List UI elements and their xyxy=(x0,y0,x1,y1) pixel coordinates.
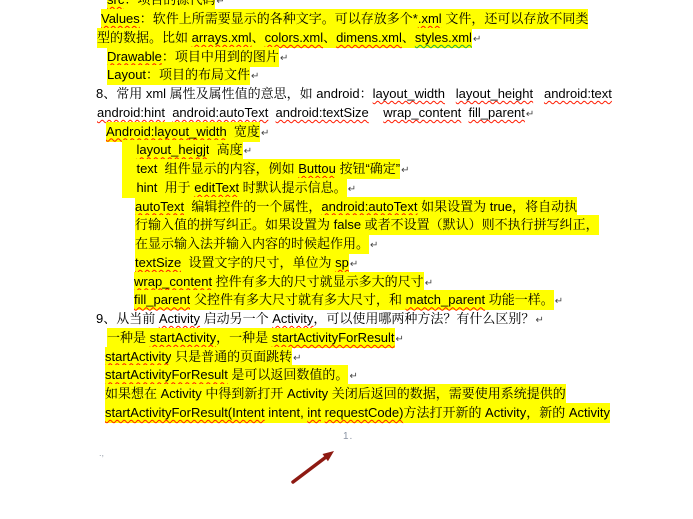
text-line: autoText 编辑控件的一个属性，android:autoText 如果设置… xyxy=(135,197,577,216)
text-segment: 、 xyxy=(323,28,336,48)
text-segment: startActivity xyxy=(150,328,216,348)
text-segment: Values xyxy=(101,9,140,29)
text-segment: 方法打开新的 Activity，新的 Activity xyxy=(403,403,610,423)
text-line: textSize 设置文字的尺寸，单位为 sp↵ xyxy=(135,253,358,272)
text-segment: android:autoText xyxy=(321,197,417,217)
text-segment: 如果想在 Activity 中得到新打开 Activity 关闭后返回的数据，需… xyxy=(105,384,566,404)
paragraph-mark-icon: ↵ xyxy=(526,109,534,120)
text-segment: 、 xyxy=(252,28,265,48)
paragraph-mark-icon: ↵ xyxy=(280,53,288,64)
text-segment: 在显示输入法并输入内容的时候起作用。 xyxy=(135,234,369,254)
text-segment xyxy=(533,86,544,101)
text-segment: startActivity xyxy=(105,347,171,367)
text-segment: 启动另一个 xyxy=(200,311,272,326)
text-segment: text 组件显示的内容，例如 xyxy=(136,159,298,179)
text-segment xyxy=(445,86,456,101)
text-segment xyxy=(122,140,136,160)
text-segment: startActivityForResult xyxy=(272,328,395,348)
text-line: startActivityForResult(Intent intent, in… xyxy=(105,403,610,422)
text-line: src：项目的源代码↵ xyxy=(107,0,225,9)
text-segment: editText xyxy=(194,178,239,198)
text-segment: fill_parent xyxy=(469,105,525,120)
text-segment: 父控件有多大尺寸就有多大尺寸，和 xyxy=(190,290,405,310)
text-segment xyxy=(122,178,136,198)
text-segment: 行输入值的拼写纠正。如果设置为 false 或者不设置（默认）则不执行拼写纠正， xyxy=(135,215,599,235)
text-segment: textSize xyxy=(135,253,181,273)
text-segment: Activity xyxy=(272,311,313,326)
text-segment: Layout：项目的布局文件 xyxy=(107,65,250,85)
text-line: 型的数据。比如 arrays.xml、colors.xml、dimens.xml… xyxy=(97,28,481,47)
text-segment: dimens.xml xyxy=(336,28,402,48)
text-segment: 只是普通的页面跳转 xyxy=(171,347,292,367)
text-segment: colors.xml xyxy=(265,28,324,48)
text-line: startActivityForResult 是可以返回数值的。↵ xyxy=(105,365,358,384)
text-segment: ，一种是 xyxy=(216,328,272,348)
text-segment xyxy=(461,105,468,120)
page-number: 1. xyxy=(343,431,353,442)
paragraph-mark-icon: ↵ xyxy=(261,128,269,139)
text-segment: match_parent xyxy=(406,290,486,310)
text-segment: layout_width xyxy=(373,86,445,101)
text-segment: ：项目中用到的图片 xyxy=(162,47,279,67)
text-segment: Drawable xyxy=(107,47,162,67)
text-segment: android:textSize xyxy=(276,105,369,120)
text-segment: android:hint xyxy=(97,105,165,120)
text-line: wrap_content 控件有多大的尺寸就显示多大的尺寸↵ xyxy=(134,272,433,291)
text-segment: wrap_content xyxy=(383,105,461,120)
text-line: 9、从当前 Activity 启动另一个 Activity，可以使用哪两种方法？… xyxy=(96,309,544,328)
text-segment: android:text xyxy=(544,86,612,101)
text-segment: layout_heigjt xyxy=(136,140,209,160)
text-segment: requestCode) xyxy=(325,403,404,423)
paragraph-mark-icon: ↵ xyxy=(244,146,252,157)
text-segment: android:autoText xyxy=(172,105,268,120)
text-line: Layout：项目的布局文件↵ xyxy=(107,65,259,84)
text-line: fill_parent 父控件有多大尺寸就有多大尺寸，和 match_paren… xyxy=(134,290,563,309)
paragraph-mark-icon: ↵ xyxy=(396,334,404,345)
stray-paragraph-mark: ., xyxy=(99,448,104,458)
text-line: Values：软件上所需要显示的各种文字。可以存放多个*.xml 文件，还可以存… xyxy=(101,9,588,28)
text-line: layout_heigjt 高度↵ xyxy=(122,140,252,159)
text-segment: .xml xyxy=(418,9,442,29)
text-segment: layout_height xyxy=(456,86,533,101)
text-segment: 如果设置为 true，将自动执 xyxy=(418,197,578,217)
text-line: hint 用于 editText 时默认提示信息。↵ xyxy=(122,178,356,197)
text-segment: startActivityForResult(Intent xyxy=(105,403,265,423)
paragraph-mark-icon: ↵ xyxy=(349,371,357,382)
text-segment: 高度 xyxy=(209,140,242,160)
text-segment: 设置文字的尺寸，单位为 xyxy=(181,253,335,273)
text-segment xyxy=(268,105,275,120)
text-segment: hint 用于 xyxy=(136,178,194,198)
paragraph-mark-icon: ↵ xyxy=(293,353,301,364)
text-segment: intent, xyxy=(265,403,308,423)
text-segment: startActivityForResult xyxy=(105,365,228,385)
paragraph-mark-icon: ↵ xyxy=(348,184,356,195)
text-segment: int xyxy=(307,403,321,423)
text-segment: wrap_content xyxy=(134,272,212,292)
text-segment: 功能一样。 xyxy=(485,290,554,310)
text-line: Drawable：项目中用到的图片↵ xyxy=(107,47,288,66)
paragraph-mark-icon: ↵ xyxy=(216,0,224,7)
text-segment: fill_parent xyxy=(134,290,190,310)
text-line: startActivity 只是普通的页面跳转↵ xyxy=(105,347,301,366)
text-line: android:hint android:autoText android:te… xyxy=(97,103,534,122)
text-line: 在显示输入法并输入内容的时候起作用。↵ xyxy=(135,234,378,253)
text-segment xyxy=(122,159,136,179)
paragraph-mark-icon: ↵ xyxy=(555,296,563,307)
text-line: 一种是 startActivity，一种是 startActivityForRe… xyxy=(107,328,404,347)
text-line: 8、常用 xml 属性及属性值的意思，如 android：layout_widt… xyxy=(96,84,612,103)
paragraph-mark-icon: ↵ xyxy=(473,34,481,45)
paragraph-mark-icon: ↵ xyxy=(401,165,409,176)
paragraph-mark-icon: ↵ xyxy=(350,259,358,270)
text-segment: Activity xyxy=(159,311,200,326)
text-segment: ，可以使用哪两种方法？有什么区别？ xyxy=(313,311,534,326)
text-segment: 一种是 xyxy=(107,328,150,348)
text-line: text 组件显示的内容，例如 Buttou 按钮“确定”↵ xyxy=(122,159,410,178)
text-segment: 是可以返回数值的。 xyxy=(228,365,349,385)
text-segment: 宽度 xyxy=(227,122,260,142)
text-segment: Android:layout_width xyxy=(106,122,227,142)
text-line: 行输入值的拼写纠正。如果设置为 false 或者不设置（默认）则不执行拼写纠正， xyxy=(135,215,599,234)
text-segment: 控件有多大的尺寸就显示多大的尺寸 xyxy=(212,272,424,292)
text-segment: 8、常用 xml 属性及属性值的意思，如 android： xyxy=(96,86,373,101)
text-segment: 编辑控件的一个属性， xyxy=(184,197,321,217)
paragraph-mark-icon: ↵ xyxy=(251,71,259,82)
text-segment: 时默认提示信息。 xyxy=(239,178,347,198)
text-segment: autoText xyxy=(135,197,184,217)
text-segment: 按钮“确定” xyxy=(336,159,400,179)
text-segment: Buttou xyxy=(298,159,336,179)
text-line: Android:layout_width 宽度↵ xyxy=(106,122,269,141)
text-segment: 文件，还可以存放不同类 xyxy=(442,9,589,29)
paragraph-mark-icon: ↵ xyxy=(535,315,543,326)
text-segment: ：软件上所需要显示的各种文字。可以存放多个* xyxy=(140,9,418,29)
text-segment: 9、从当前 xyxy=(96,311,159,326)
text-segment: 型的数据。比如 xyxy=(97,28,192,48)
text-segment: sp xyxy=(335,253,349,273)
text-line: 如果想在 Activity 中得到新打开 Activity 关闭后返回的数据，需… xyxy=(105,384,566,403)
paragraph-mark-icon: ↵ xyxy=(425,278,433,289)
text-segment: 、 xyxy=(402,28,415,48)
text-segment xyxy=(369,105,383,120)
text-segment: arrays.xml xyxy=(192,28,252,48)
paragraph-mark-icon: ↵ xyxy=(370,240,378,251)
text-segment: styles.xml xyxy=(415,28,472,48)
